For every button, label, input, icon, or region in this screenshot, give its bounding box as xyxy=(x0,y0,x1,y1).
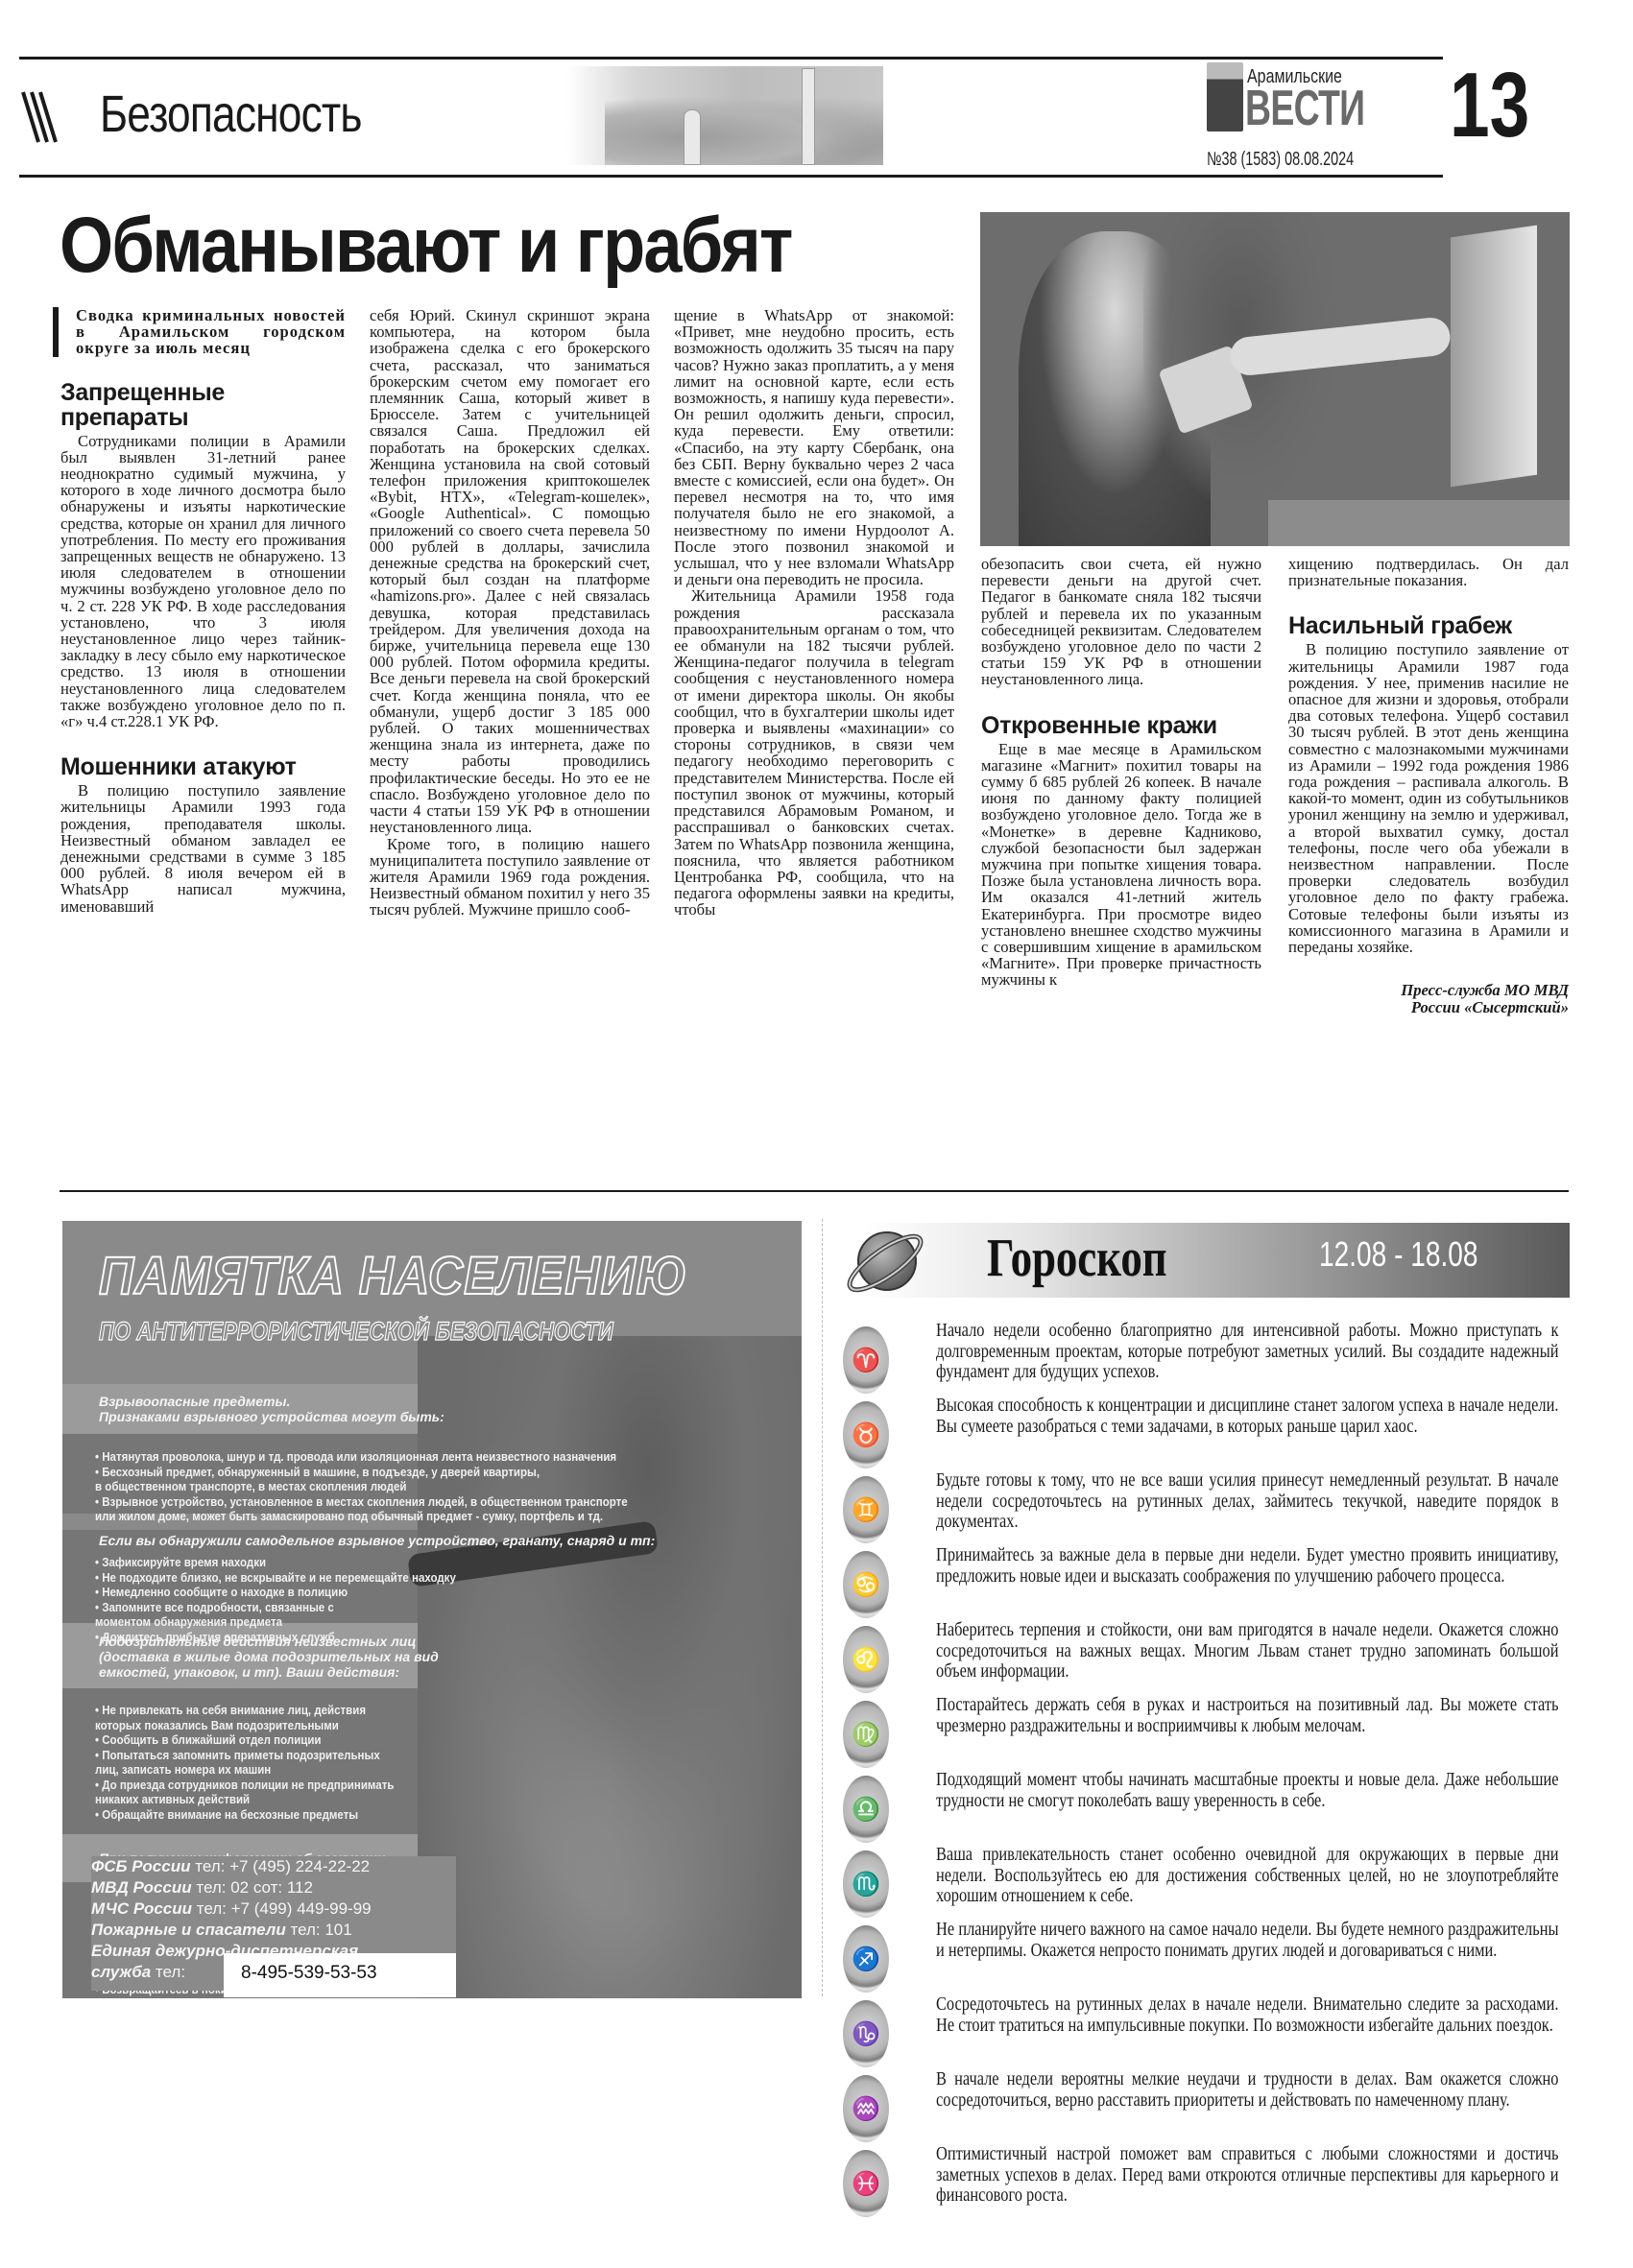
section-slashes-icon xyxy=(19,88,61,146)
paragraph: себя Юрий. Скинул скриншот экрана компью… xyxy=(370,307,650,836)
signature-line-1: Пресс-служба МО МВД xyxy=(1288,982,1569,999)
photo-monitor-shape xyxy=(1451,226,1537,488)
header-landscape-photo xyxy=(566,66,883,165)
column-divider xyxy=(822,1219,823,1996)
issue-info: №38 (1583) 08.08.2024 xyxy=(1207,149,1354,171)
horoscope-title: Гороскоп xyxy=(987,1225,1167,1292)
saturn-icon xyxy=(841,1217,929,1305)
taurus-icon: ♉ xyxy=(843,1401,889,1468)
article-lead: Сводка криминальных новостей в Арамильск… xyxy=(53,307,346,357)
horoscope-item-leo: ♌ Наберитесь терпения и стойкости, они в… xyxy=(843,1620,1573,1695)
article-column-4: обезопасить свои счета, ей нужно перевес… xyxy=(981,556,1261,989)
section-title: Безопасность xyxy=(100,84,362,144)
horoscope-item-virgo: ♍ Постарайтесь держать себя в руках и на… xyxy=(843,1695,1573,1770)
article-column-1: Сводка криминальных новостей в Арамильск… xyxy=(60,307,346,915)
horoscope-text: В начале недели вероятны мелкие неудачи … xyxy=(936,2069,1558,2111)
paragraph: Еще в мае месяце в Арамильском магазине … xyxy=(981,741,1261,989)
poster-heading-found-device: Если вы обнаружили самодельное взрывное … xyxy=(99,1533,655,1548)
subheading-robbery: Насильный грабеж xyxy=(1288,613,1569,638)
capricorn-icon: ♑ xyxy=(843,2000,889,2067)
coat-of-arms-icon xyxy=(1207,62,1243,131)
paragraph: обезопасить свои счета, ей нужно перевес… xyxy=(981,556,1261,688)
article-column-5: хищению подтвердилась. Он дал признатель… xyxy=(1288,556,1569,1015)
horoscope-item-aries: ♈ Начало недели особенно благоприятно дл… xyxy=(843,1321,1573,1396)
horoscope-text: Подходящий момент чтобы начинать масштаб… xyxy=(936,1770,1558,1811)
horoscope-item-libra: ♎ Подходящий момент чтобы начинать масшт… xyxy=(843,1770,1573,1845)
bell-tower xyxy=(802,68,815,165)
horoscope-item-aquarius: ♒ В начале недели вероятны мелкие неудач… xyxy=(843,2069,1573,2144)
poster-list-explosives: • Натянутая проволока, шнур и тд. провод… xyxy=(95,1449,628,1524)
leo-icon: ♌ xyxy=(843,1626,889,1693)
subheading-thefts: Откровенные кражи xyxy=(981,713,1261,738)
pisces-icon: ♓ xyxy=(843,2150,889,2217)
horoscope-item-taurus: ♉ Высокая способность к концентрации и д… xyxy=(843,1396,1573,1470)
poster-subtitle: ПО АНТИТЕРРОРИСТИЧЕСКОЙ БЕЗОПАСНОСТИ xyxy=(99,1317,613,1347)
church-dome xyxy=(684,109,701,165)
poster-title: ПАМЯТКА НАСЕЛЕНИЮ xyxy=(99,1244,687,1306)
contact-row: МВД России тел: 02 сот: 112 xyxy=(91,1877,456,1898)
article-column-3: щение в WhatsApp от знакомой: «Привет, м… xyxy=(674,307,954,919)
article-signature: Пресс-служба МО МВД России «Сысертский» xyxy=(1288,982,1569,1015)
paragraph: хищению подтвердилась. Он дал признатель… xyxy=(1288,556,1569,588)
header-bottom-rule xyxy=(19,175,1443,178)
soldier-illustration xyxy=(418,1336,802,1998)
gemini-icon: ♊ xyxy=(843,1476,889,1543)
article-headline: Обманывают и грабят xyxy=(60,200,792,292)
trees-shape xyxy=(605,96,883,165)
paragraph: В полицию поступило заявление от жительн… xyxy=(1288,641,1569,955)
subheading-drugs: Запрещенные препараты xyxy=(60,380,346,430)
cancer-icon: ♋ xyxy=(843,1551,889,1618)
horoscope-text: Оптимистичный настрой поможет вам справи… xyxy=(936,2144,1558,2207)
horoscope-item-capricorn: ♑ Сосредоточьтесь на рутинных делах в на… xyxy=(843,1994,1573,2069)
contact-row: МЧС России тел: +7 (499) 449-99-99 xyxy=(91,1898,456,1920)
poster-heading-suspicious: Подозрительные действия неизвестных лиц … xyxy=(99,1634,439,1680)
article-column-2: себя Юрий. Скинул скриншот экрана компью… xyxy=(370,307,650,919)
photo-desk-shape xyxy=(1268,500,1570,546)
aries-icon: ♈ xyxy=(843,1326,889,1394)
paragraph: Сотрудниками полиции в Арамили был выявл… xyxy=(60,433,346,730)
horoscope-item-scorpio: ♏ Ваша привлекательность станет особенно… xyxy=(843,1845,1573,1920)
virgo-icon: ♍ xyxy=(843,1701,889,1768)
contact-row: ФСБ России тел: +7 (495) 224-22-22 xyxy=(91,1856,456,1877)
horoscope-text: Наберитесь терпения и стойкости, они вам… xyxy=(936,1620,1558,1683)
contact-row: Пожарные и спасатели тел: 101 xyxy=(91,1920,456,1941)
logo-main-text: ВЕСТИ xyxy=(1245,84,1364,133)
horoscope-item-gemini: ♊ Будьте готовы к тому, что не все ваши … xyxy=(843,1470,1573,1545)
horoscope-item-sagittarius: ♐ Не планируйте ничего важного на самое … xyxy=(843,1920,1573,1994)
subheading-fraud: Мошенники атакуют xyxy=(60,754,346,779)
poster-list-suspicious: • Не привлекать на себя внимание лиц, де… xyxy=(95,1703,394,1822)
horoscope-item-cancer: ♋ Принимайтесь за важные дела в первые д… xyxy=(843,1545,1573,1620)
horoscope-text: Начало недели особенно благоприятно для … xyxy=(936,1321,1558,1383)
sagittarius-icon: ♐ xyxy=(843,1925,889,1993)
horoscope-text: Будьте готовы к тому, что не все ваши ус… xyxy=(936,1470,1558,1533)
page-number: 13 xyxy=(1450,58,1529,154)
poster-heading-explosives: Взрывоопасные предметы. Признаками взрыв… xyxy=(99,1394,444,1424)
paragraph: Жительница Арамили 1958 года рождения ра… xyxy=(674,587,954,918)
horoscope-text: Не планируйте ничего важного на самое на… xyxy=(936,1920,1558,1961)
horoscope-text: Высокая способность к концентрации и дис… xyxy=(936,1396,1558,1437)
section-divider xyxy=(60,1190,1569,1192)
signature-line-2: России «Сысертский» xyxy=(1288,999,1569,1016)
horoscope-text: Ваша привлекательность станет особенно о… xyxy=(936,1845,1558,1907)
paragraph: щение в WhatsApp от знакомой: «Привет, м… xyxy=(674,307,954,587)
aquarius-icon: ♒ xyxy=(843,2075,889,2142)
horoscope-text: Принимайтесь за важные дела в первые дни… xyxy=(936,1545,1558,1587)
horoscope-dates: 12.08 - 18.08 xyxy=(1319,1234,1477,1275)
poster-list-found-device: • Зафиксируйте время находки • Не подход… xyxy=(95,1555,456,1644)
paragraph: В полицию поступило заявление жительницы… xyxy=(60,782,346,915)
header-top-rule xyxy=(19,57,1443,60)
hotline-number: 8-495-539-53-53 xyxy=(224,1953,456,1997)
horoscope-item-pisces: ♓ Оптимистичный настрой поможет вам спра… xyxy=(843,2144,1573,2219)
libra-icon: ♎ xyxy=(843,1776,889,1843)
paragraph: Кроме того, в полицию нашего муниципалит… xyxy=(370,836,650,919)
horoscope-text: Постарайтесь держать себя в руках и наст… xyxy=(936,1695,1558,1736)
scorpio-icon: ♏ xyxy=(843,1850,889,1918)
horoscope-text: Сосредоточьтесь на рутинных делах в нача… xyxy=(936,1994,1558,2036)
article-photo-scam xyxy=(980,212,1570,546)
